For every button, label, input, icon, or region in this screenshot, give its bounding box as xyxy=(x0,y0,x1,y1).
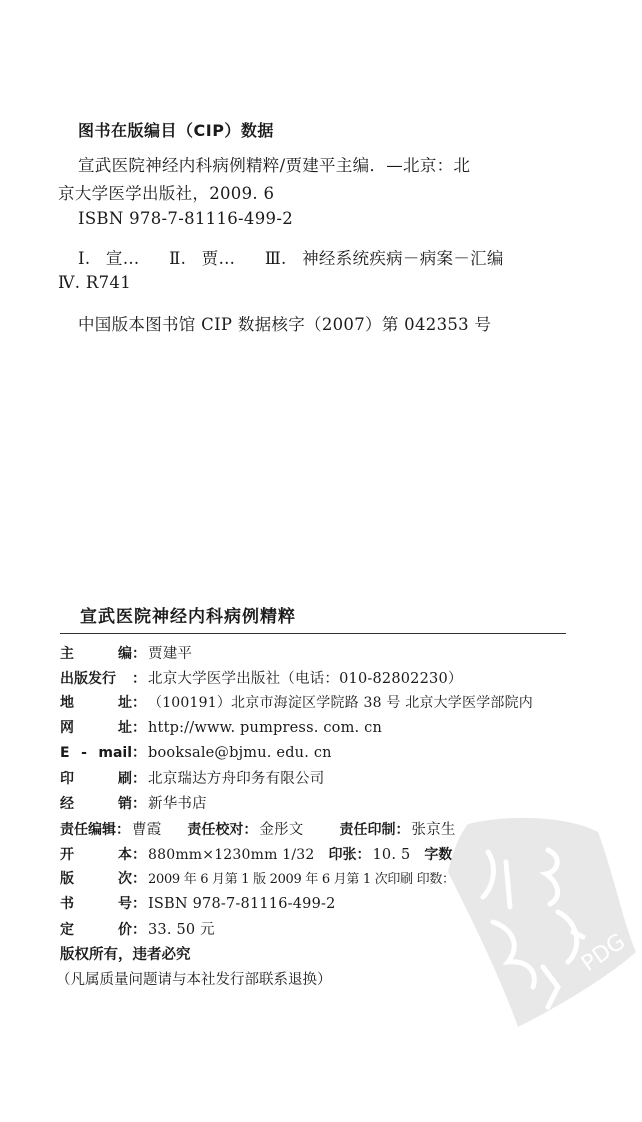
sheets-label: 印张 xyxy=(328,844,356,864)
row-printer: 印刷 ： 北京瑞达方舟印务有限公司 xyxy=(60,767,324,789)
email-link[interactable]: booksale@bjmu. edu. cn xyxy=(148,745,332,761)
row-price: 定价 ： 33. 50 元 xyxy=(60,918,215,940)
title-divider xyxy=(60,633,566,634)
edition-value: 2009 年 6 月第 1 版 2009 年 6 月第 1 次印刷 印数：1－2… xyxy=(148,868,524,887)
svg-text:PDG: PDG xyxy=(577,929,630,977)
row-label: 主编 xyxy=(60,643,132,663)
isbn-value: ISBN 978-7-81116-499-2 xyxy=(148,896,336,912)
cip-subjects: Ⅰ. 宣… Ⅱ. 贾… Ⅲ. 神经系统疾病－病案－汇编 xyxy=(78,245,518,269)
row-label: 地址 xyxy=(60,692,132,712)
row-edition: 版次 ： 2009 年 6 月第 1 版 2009 年 6 月第 1 次印刷 印… xyxy=(60,868,524,890)
proofreader-name: 金彤文 xyxy=(259,818,303,839)
rights-notice: 版权所有，违者必究 xyxy=(60,943,191,965)
row-value: 北京大学医学出版社（电话：010-82802230） xyxy=(148,667,463,688)
row-label: 开本 xyxy=(60,844,132,864)
cip-classification: Ⅳ. R741 xyxy=(58,273,131,292)
sheets-value: 10. 5 xyxy=(372,847,410,863)
website-link[interactable]: http://www. pumpress. com. cn xyxy=(148,720,382,736)
cip-subject-3: Ⅲ. 神经系统疾病－病案－汇编 xyxy=(265,249,504,268)
price-value: 33. 50 元 xyxy=(148,918,215,939)
cip-heading: 图书在版编目（CIP）数据 xyxy=(78,118,274,141)
proofreader-label: 责任校对 xyxy=(187,819,243,839)
editor-label: 责任编辑 xyxy=(60,819,116,839)
row-publisher: 出版发行 ： 北京大学医学出版社（电话：010-82802230） xyxy=(60,667,463,689)
row-value: （100191）北京市海淀区学院路 38 号 北京大学医学部院内 xyxy=(148,692,533,712)
row-value: 新华书店 xyxy=(148,792,207,813)
returns-notice: （凡属质量问题请与本社发行部联系退换） xyxy=(56,968,332,990)
row-label: 出版发行 xyxy=(60,668,132,688)
format-value: 880mm×1230mm 1/32 xyxy=(148,847,314,863)
row-label: 印刷 xyxy=(60,768,132,788)
printing-supervisor-label: 责任印制 xyxy=(340,819,396,839)
row-label: 定价 xyxy=(60,919,132,939)
row-distributor: 经销 ： 新华书店 xyxy=(60,792,207,814)
cip-title-line: 宣武医院神经内科病例精粹/贾建平主编．—北京：北 xyxy=(78,152,470,176)
row-chief-editor: 主编 ： 贾建平 xyxy=(60,642,192,664)
cip-subject-1: Ⅰ. 宣… xyxy=(78,249,140,268)
row-label: 网址 xyxy=(60,717,132,737)
row-value: 北京瑞达方舟印务有限公司 xyxy=(148,767,324,788)
book-title: 宣武医院神经内科病例精粹 xyxy=(80,602,296,627)
word-count-label: 字数 xyxy=(424,844,452,864)
row-label: 书号 xyxy=(60,893,132,913)
row-format: 开本 ： 880mm×1230mm 1/32 印张 ： 10. 5 字数 ： 2… xyxy=(60,843,531,865)
cip-number: 中国版本图书馆 CIP 数据核字（2007）第 042353 号 xyxy=(78,311,491,335)
row-staff: 责任编辑 ： 曹霞 责任校对 ： 金彤文 责任印制 ： 张京生 xyxy=(60,818,456,840)
cip-isbn: ISBN 978-7-81116-499-2 xyxy=(78,209,293,228)
word-count-value: 292 千字 xyxy=(468,843,531,864)
row-address: 地址 ： （100191）北京市海淀区学院路 38 号 北京大学医学部院内 xyxy=(60,692,533,714)
row-website: 网址 ： http://www. pumpress. com. cn xyxy=(60,717,382,739)
row-label: E-mail xyxy=(60,745,132,761)
row-email: E-mail ： booksale@bjmu. edu. cn xyxy=(60,742,332,764)
cip-publisher-line: 京大学医学出版社，2009. 6 xyxy=(58,180,274,204)
printing-supervisor-name: 张京生 xyxy=(412,818,456,839)
row-label: 经销 xyxy=(60,793,132,813)
copyright-page: 图书在版编目（CIP）数据 宣武医院神经内科病例精粹/贾建平主编．—北京：北 京… xyxy=(0,0,642,1122)
editor-name: 曹霞 xyxy=(132,818,161,839)
cip-subject-2: Ⅱ. 贾… xyxy=(169,249,235,268)
row-isbn: 书号 ： ISBN 978-7-81116-499-2 xyxy=(60,893,336,915)
row-value: 贾建平 xyxy=(148,642,192,663)
row-label: 版次 xyxy=(60,868,132,888)
